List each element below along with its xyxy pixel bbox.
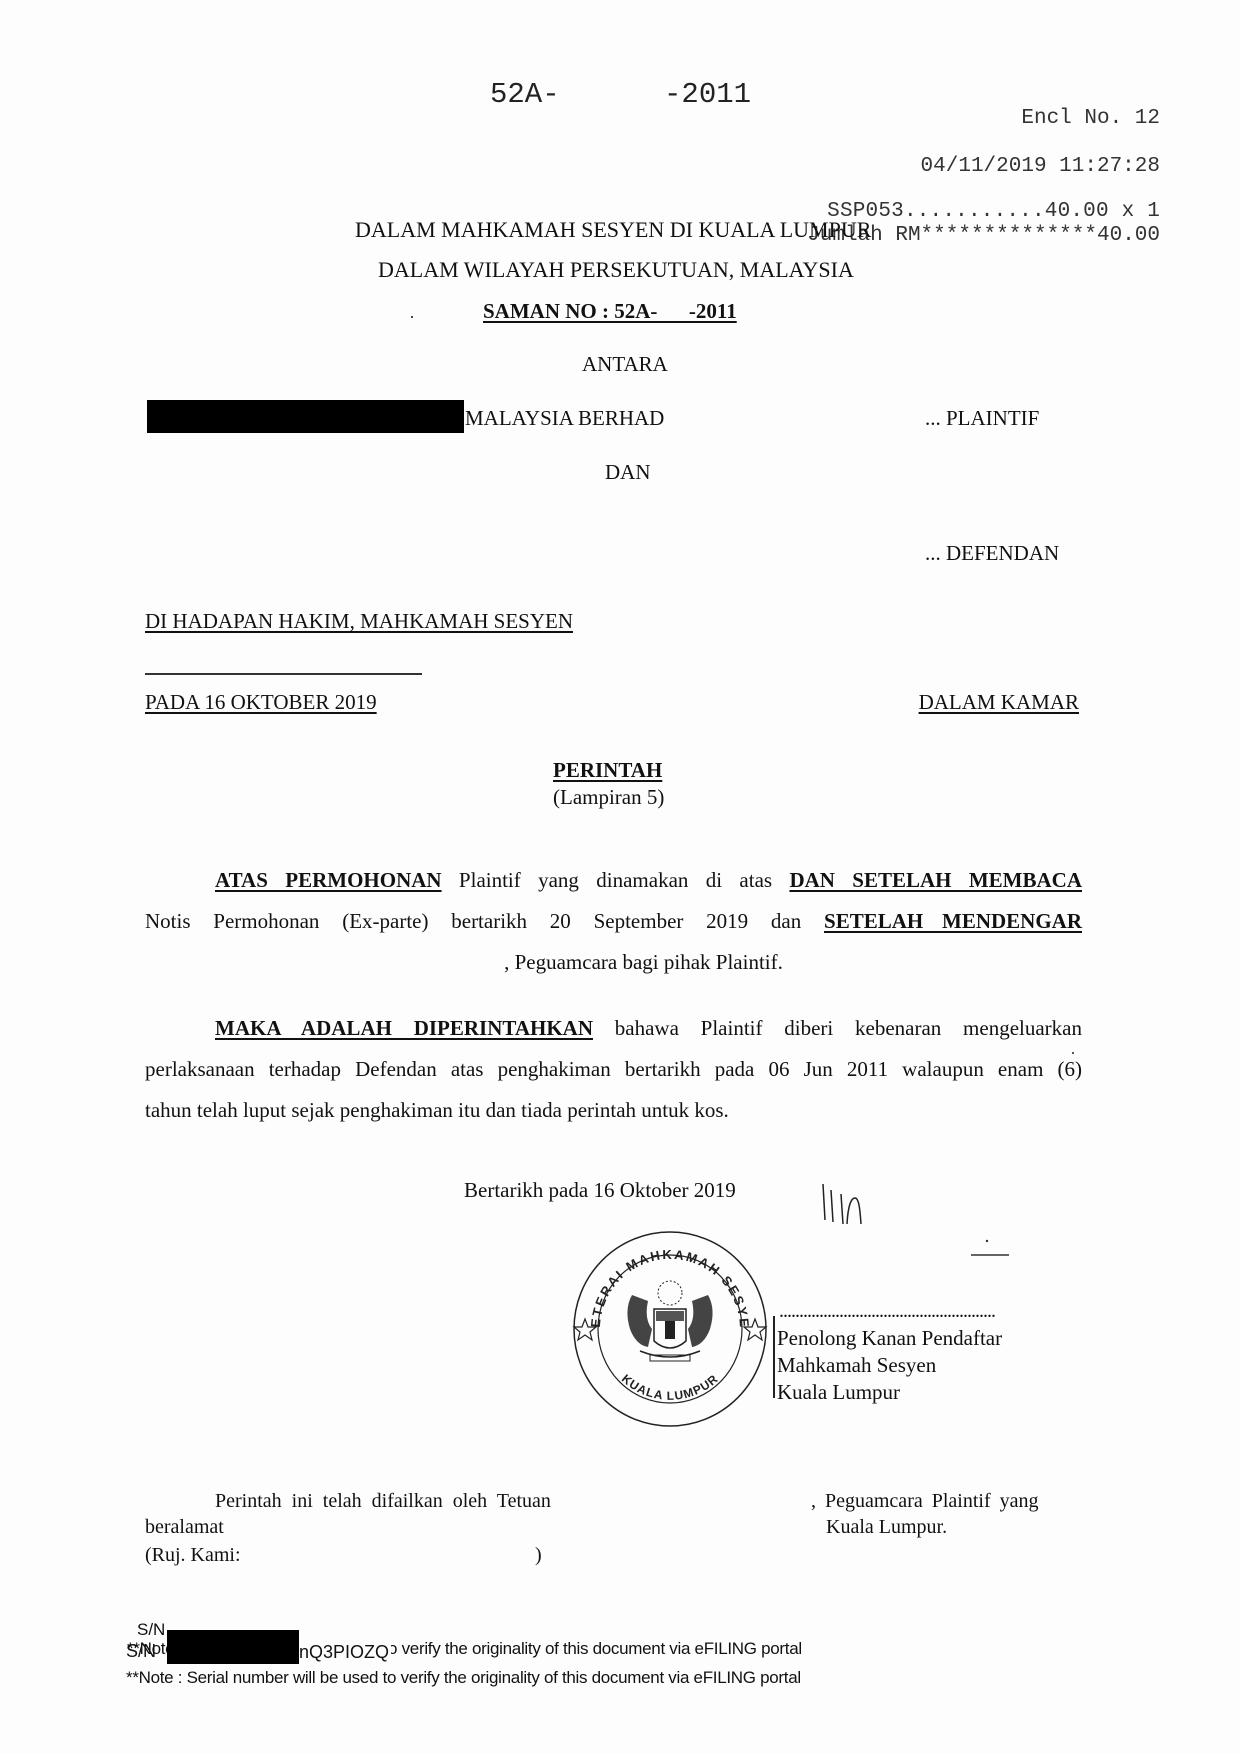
phrase-atas-permohonan: ATAS PERMOHONAN [215, 868, 442, 892]
plaintiff-role: ... PLAINTIF [925, 406, 1039, 431]
order-subtitle: (Lampiran 5) [553, 785, 664, 810]
phrase-setelah-membaca: DAN SETELAH MEMBACA [789, 868, 1082, 892]
filing-line-3-left: (Ruj. Kami: [145, 1544, 241, 1567]
defendant-role: ... DEFENDAN [925, 541, 1059, 566]
speck [1072, 1052, 1074, 1054]
suit-number: SAMAN NO : 52A- -2011 [483, 299, 737, 324]
fee-code-line: SSP053...........40.00 x 1 [827, 200, 1160, 223]
filing-timestamp: 04/11/2019 11:27:28 [921, 155, 1160, 178]
signature-line: ........................................… [779, 1300, 995, 1323]
para2-text-3: tahun telah luput sejak penghakiman itu … [145, 1098, 729, 1122]
serial-number-suffix: i9nQ3PIOZQ [285, 1642, 391, 1663]
para2-text-1: bahawa Plaintif diberi kebenaran mengelu… [593, 1016, 1082, 1040]
signature-bar [773, 1316, 775, 1398]
redacted-serial-number [167, 1630, 299, 1664]
phrase-setelah-mendengar: SETELAH MENDENGAR [824, 909, 1082, 933]
filing-line-3-right: ) [535, 1544, 542, 1567]
para2-text-2: perlaksanaan terhadap Defendan atas peng… [145, 1057, 1082, 1081]
between-label: ANTARA [582, 352, 668, 377]
redacted-plaintiff-name-ext [235, 430, 345, 433]
enclosure-number: Encl No. 12 [1021, 107, 1160, 130]
hearing-date: PADA 16 OKTOBER 2019 [145, 690, 377, 715]
court-jurisdiction: DALAM WILAYAH PERSEKUTUAN, MALAYSIA [378, 257, 854, 283]
and-label: DAN [605, 460, 651, 485]
speck [411, 316, 413, 318]
hearing-venue: DALAM KAMAR [919, 690, 1079, 715]
filing-line-1-left: Perintah ini telah difailkan oleh Tetuan [215, 1490, 551, 1513]
phrase-maka-adalah-diperintahkan: MAKA ADALAH DIPERINTAHKAN [215, 1016, 593, 1040]
case-number: 52A- -2011 [490, 78, 751, 111]
order-paragraph-2: MAKA ADALAH DIPERINTAHKAN bahawa Plainti… [145, 1008, 1082, 1131]
serial-note: **Note : Serial number will be used to v… [126, 1668, 801, 1688]
filing-line-2-left: beralamat [145, 1516, 224, 1539]
dated-line: Bertarikh pada 16 Oktober 2019 [464, 1178, 736, 1203]
signature-icon [815, 1180, 875, 1230]
court-name: DALAM MAHKAMAH SESYEN DI KUALA LUMPUR [355, 217, 871, 243]
serial-label: S/N [126, 1641, 156, 1662]
para1-text-2: Notis Permohonan (Ex-parte) bertarikh 20… [145, 909, 824, 933]
serial-label-top: S/N [137, 1620, 165, 1640]
signatory-city: Kuala Lumpur [777, 1380, 900, 1405]
court-seal-icon: METERAI MAHKAMAH SESYEN KUALA LUMPUR [570, 1229, 770, 1429]
pen-mark-icon [965, 1238, 1015, 1260]
filing-line-1-right: , Peguamcara Plaintif yang [811, 1490, 1039, 1513]
before-judge: DI HADAPAN HAKIM, MAHKAMAH SESYEN [145, 609, 573, 634]
svg-text:KUALA LUMPUR: KUALA LUMPUR [619, 1372, 721, 1403]
judge-name-line [145, 673, 422, 675]
para1-text: Plaintif yang dinamakan di atas [442, 868, 790, 892]
order-title: PERINTAH [553, 758, 662, 783]
redacted-plaintiff-name [147, 400, 464, 433]
filing-line-2-right: Kuala Lumpur. [826, 1516, 947, 1539]
order-paragraph-1: ATAS PERMOHONAN Plaintif yang dinamakan … [145, 860, 1082, 983]
plaintiff-name: MALAYSIA BERHAD [465, 406, 664, 431]
para1-text-3: , Peguamcara bagi pihak Plaintif. [504, 950, 783, 974]
signatory-court: Mahkamah Sesyen [777, 1353, 936, 1378]
signatory-title: Penolong Kanan Pendaftar [777, 1326, 1002, 1351]
